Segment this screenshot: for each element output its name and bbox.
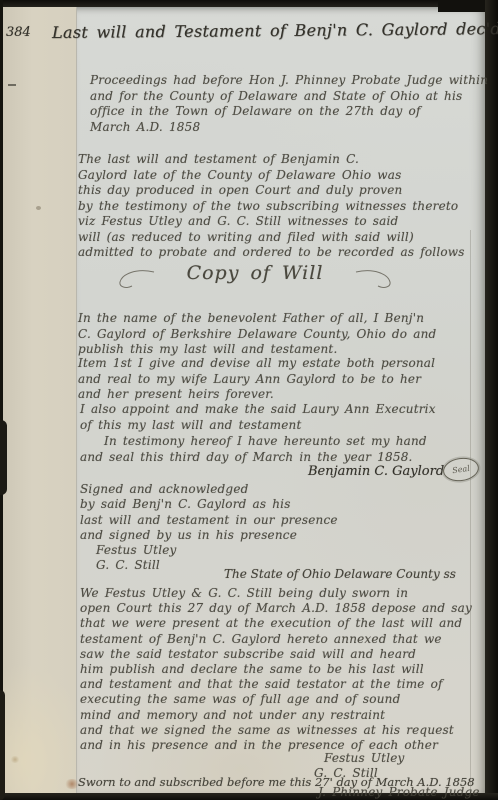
handwritten-line: office in the Town of Delaware on the 27… [90, 104, 488, 120]
binding-shadow [0, 420, 7, 495]
probate-entry-paragraph: The last will and testament of Benjamin … [78, 152, 465, 261]
executrix-paragraph: I also appoint and make the said Laury A… [80, 402, 436, 433]
handwritten-line: Item 1st I give and devise all my estate… [78, 356, 435, 372]
handwritten-line: Festus Utley [96, 543, 177, 558]
handwritten-line: I also appoint and make the said Laury A… [80, 402, 436, 418]
copy-of-will-heading: Copy of Will [150, 262, 360, 284]
handwritten-line: and her present heirs forever. [78, 387, 435, 403]
handwritten-line: open Court this 27 day of March A.D. 185… [80, 601, 472, 616]
jurat-heading: The State of Ohio Delaware County ss [224, 567, 456, 581]
scan-edge-top [0, 0, 498, 7]
scan-edge-left [0, 0, 3, 800]
handwritten-line: and real to my wife Laury Ann Gaylord to… [78, 372, 435, 388]
handwritten-line: and for the County of Delaware and State… [90, 89, 488, 105]
handwritten-line: viz Festus Utley and G. C. Still witness… [78, 214, 465, 230]
seal-label: Seal [452, 464, 471, 475]
handwritten-line: In testimony hereof I have hereunto set … [104, 434, 427, 450]
handwritten-line: and seal this third day of March in the … [80, 450, 427, 466]
handwritten-line: and in his presence and in the presence … [80, 738, 472, 753]
handwritten-line: G. C. Still [96, 558, 177, 573]
foxing-spot [10, 756, 20, 763]
handwritten-line: Gaylord late of the County of Delaware O… [78, 168, 465, 184]
judge-signature: J. Phinney Probate Judge [318, 785, 480, 800]
item-first-paragraph: Item 1st I give and devise all my estate… [78, 356, 435, 403]
handwritten-line: that we were present at the execution of… [80, 616, 472, 631]
handwritten-line: and that we signed the same as witnesses… [80, 723, 472, 738]
handwritten-line: admitted to probate and ordered to be re… [78, 245, 465, 261]
foxing-spot [36, 206, 41, 210]
handwritten-line: of this my last will and testament [80, 418, 436, 434]
handwritten-line: In the name of the benevolent Father of … [78, 311, 436, 327]
book-page-edge [3, 7, 76, 793]
testimony-paragraph: In testimony hereof I have hereunto set … [80, 434, 427, 465]
binding-shadow [0, 690, 5, 800]
heading-flourish-right-icon [354, 266, 394, 292]
page-number: 384 [6, 25, 31, 40]
handwritten-line: The last will and testament of Benjamin … [78, 152, 465, 168]
handwritten-line: and signed by us in his presence [80, 528, 338, 543]
heading-flourish-left-icon [116, 266, 156, 292]
handwritten-line: executing the same was of full age and o… [80, 692, 472, 707]
proceedings-paragraph: Proceedings had before Hon J. Phinney Pr… [90, 73, 488, 135]
handwritten-line: will (as reduced to writing and filed wi… [78, 230, 465, 246]
handwritten-line: mind and memory and not under any restra… [80, 708, 472, 723]
testator-signature: Benjamin C. Gaylord [308, 464, 444, 479]
handwritten-line: Signed and acknowledged [80, 482, 338, 497]
probate-record-scan: 384 Last will and Testament of Benj'n C.… [0, 0, 498, 800]
handwritten-line: March A.D. 1858 [90, 120, 488, 136]
handwritten-line: this day produced in open Court and duly… [78, 183, 465, 199]
handwritten-line: Proceedings had before Hon J. Phinney Pr… [90, 73, 488, 89]
handwritten-line: We Festus Utley & G. C. Still being duly… [80, 586, 472, 601]
handwritten-line: by said Benj'n C. Gaylord as his [80, 497, 338, 512]
jurat-paragraph: We Festus Utley & G. C. Still being duly… [80, 586, 472, 753]
handwritten-line: him publish and declare the same to be h… [80, 662, 472, 677]
heading-text: Copy of Will [187, 262, 324, 284]
document-title: Last will and Testament of Benj'n C. Gay… [52, 19, 498, 42]
margin-pen-mark [8, 84, 16, 86]
attestation-paragraph: Signed and acknowledgedby said Benj'n C.… [80, 482, 338, 544]
handwritten-line: saw the said testator subscribe said wil… [80, 647, 472, 662]
handwritten-line: and testament and that the said testator… [80, 677, 472, 692]
handwritten-line: Festus Utley [324, 751, 405, 766]
attestation-witness-signatures: Festus UtleyG. C. Still [96, 543, 177, 574]
will-intro-paragraph: In the name of the benevolent Father of … [78, 311, 436, 358]
handwritten-line: testament of Benj'n C. Gaylord hereto an… [80, 632, 472, 647]
handwritten-line: by the testimony of the two subscribing … [78, 199, 465, 215]
handwritten-line: C. Gaylord of Berkshire Delaware County,… [78, 327, 436, 343]
handwritten-line: last will and testament in our presence [80, 513, 338, 528]
